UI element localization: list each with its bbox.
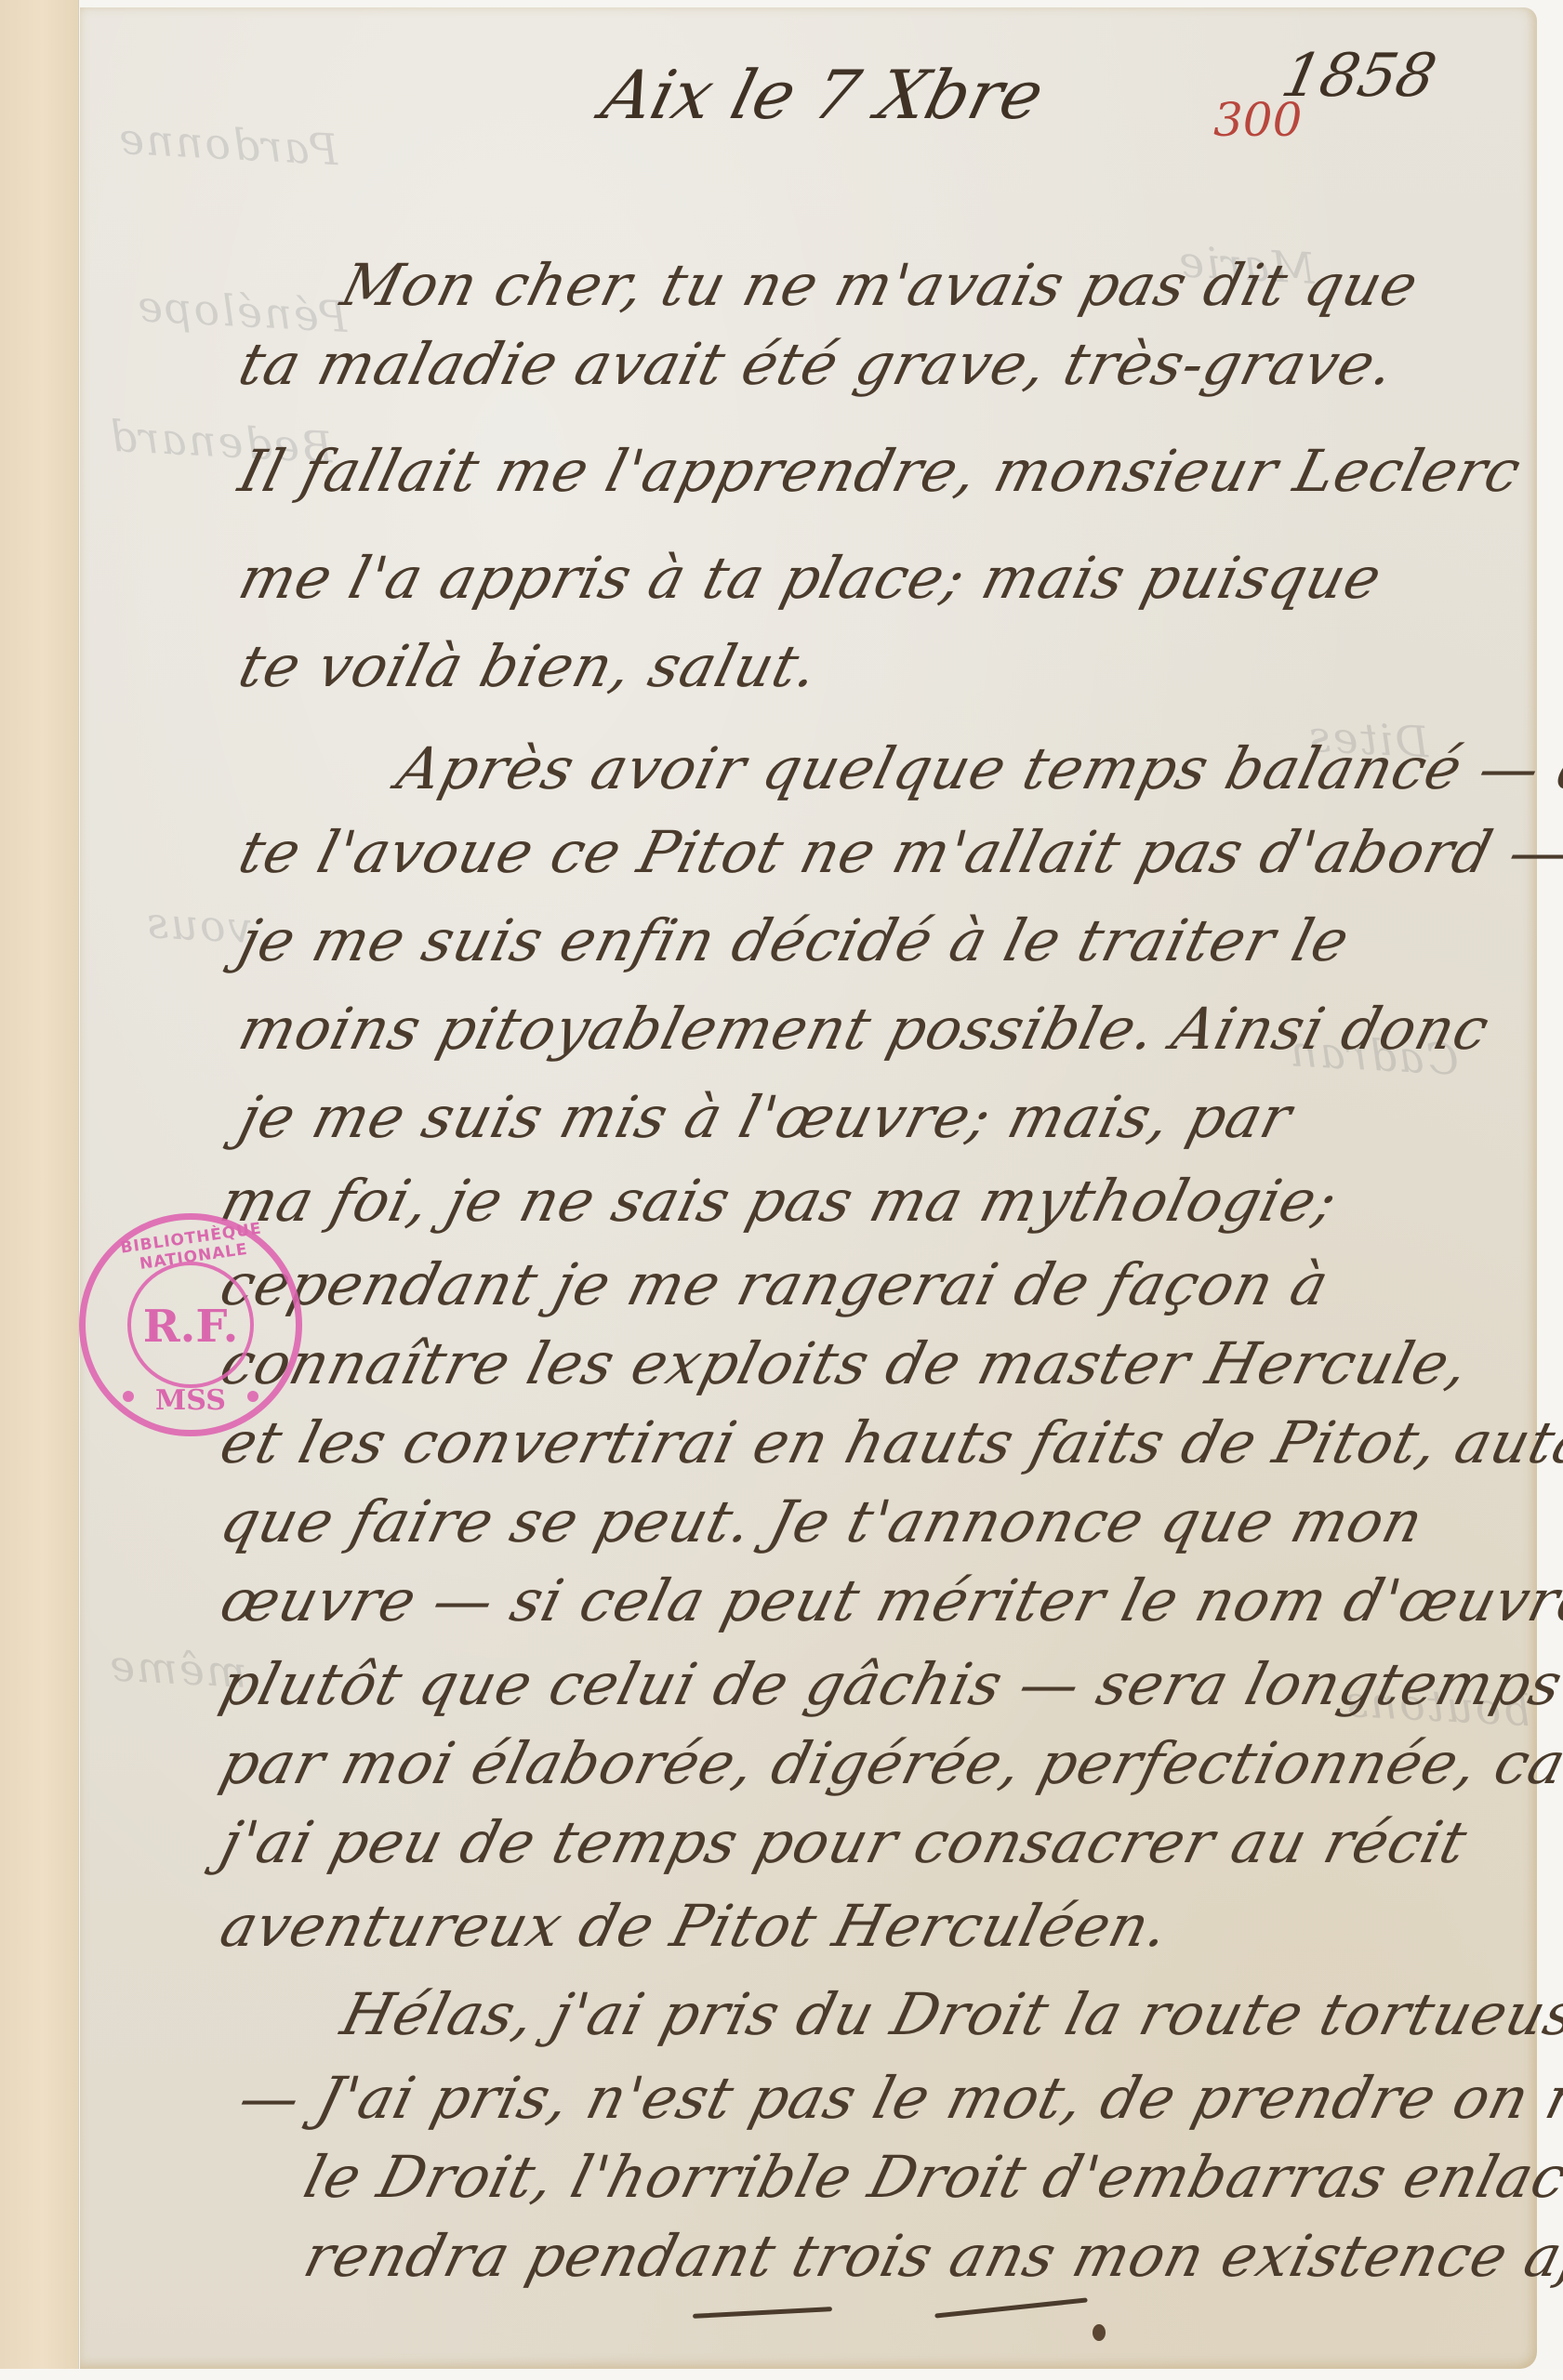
- letter-line: j'ai peu de temps pour consacrer au réci…: [214, 1808, 1475, 1876]
- place-date: Aix le 7 Xbre: [595, 56, 1052, 134]
- letter-line: le Droit, l'horrible Droit d'embarras en…: [298, 2143, 1563, 2211]
- letter-line: Mon cher, tu ne m'avais pas dit que: [335, 251, 1425, 319]
- letter-line: Après avoir quelque temps balancé — car …: [391, 734, 1563, 802]
- letter-line: me l'a appris à ta place; mais puisque: [232, 544, 1389, 612]
- stamp-center-text: R.F.: [131, 1301, 250, 1353]
- letter-line: et les convertirai en hauts faits de Pit…: [214, 1408, 1563, 1476]
- letter-line: Il fallait me l'apprendre, monsieur Lecl…: [232, 437, 1528, 505]
- letter-line: cependant je me rangerai de façon à: [214, 1250, 1336, 1318]
- show-through-text: vous: [144, 897, 254, 953]
- binding-strip: [0, 0, 79, 2380]
- folio-number: 300: [1213, 93, 1302, 147]
- letter-line: rendra pendant trois ans mon existence a…: [298, 2222, 1563, 2290]
- letter-line: ta maladie avait été grave, très-grave.: [232, 330, 1402, 398]
- show-through-text: Pardonne: [116, 113, 339, 175]
- stamp-inner-ring: R.F.: [127, 1262, 254, 1388]
- letter-line: que faire se peut. Je t'annonce que mon: [214, 1487, 1430, 1555]
- stamp-bottom-text: MSS: [86, 1384, 296, 1417]
- letter-line: plutôt que celui de gâchis — sera longte…: [214, 1650, 1563, 1718]
- letter-line: te voilà bien, salut.: [232, 632, 826, 700]
- library-stamp: BIBLIOTHÈQUE NATIONALE R.F. MSS: [79, 1213, 302, 1436]
- manuscript-scan: Pardonne Pénélope Bedenard Marie vous Di…: [0, 0, 1563, 2380]
- letter-line: je me suis enfin décidé à le traiter le: [232, 906, 1357, 974]
- letter-line: aventureux de Pitot Herculéen.: [214, 1892, 1176, 1960]
- letter-line: connaître les exploits de master Hercule…: [214, 1329, 1477, 1397]
- letter-line: œuvre — si cela peut mériter le nom d'œu…: [214, 1567, 1563, 1634]
- page-bottom-margin: [0, 2369, 1563, 2380]
- ink-blot: [1093, 2324, 1106, 2341]
- letter-line: te l'avoue ce Pitot ne m'allait pas d'ab…: [232, 818, 1563, 886]
- letter-line: moins pitoyablement possible. Ainsi donc: [232, 995, 1496, 1063]
- letter-line: Hélas, j'ai pris du Droit la route tortu…: [335, 1980, 1563, 2048]
- letter-line: ma foi, je ne sais pas ma mythologie;: [214, 1167, 1344, 1235]
- letter-line: par moi élaborée, digérée, perfectionnée…: [214, 1729, 1563, 1797]
- letter-line: — J'ai pris, n'est pas le mot, de prendr…: [232, 2064, 1563, 2132]
- letter-line: je me suis mis à l'œuvre; mais, par: [232, 1083, 1299, 1151]
